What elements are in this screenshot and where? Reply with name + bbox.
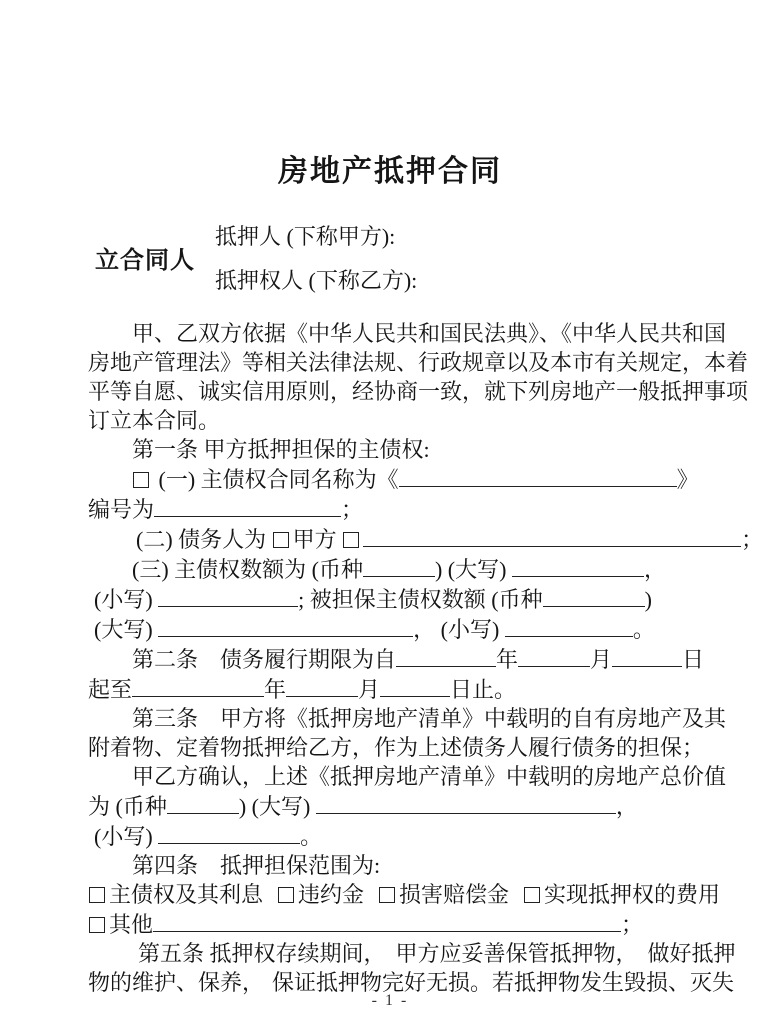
text-run: (三) 主债权数额为 (币种 [132,557,363,582]
text-run: 日 [682,647,704,672]
checkbox-icon[interactable] [524,887,540,903]
contract-line: 第四条 抵押担保范围为: [88,851,694,880]
text-run: 订立本合同。 [88,408,220,433]
contract-line: 平等自愿、诚实信用原则，经协商一致，就下列房地产一般抵押事项 [88,377,694,406]
parties-label: 立合同人 [95,240,195,275]
text-run: ； [621,912,643,937]
text-run: 为 (币种 [88,794,167,819]
spacer [509,901,523,902]
text-run: 第五条 抵押权存续期间， [138,941,386,966]
page-number: - 1 - [0,992,780,1010]
text-run: 年 [496,647,518,672]
blank-field[interactable] [158,821,300,844]
text-run: 编号为 [88,497,154,522]
document-title: 房地产抵押合同 [0,0,780,190]
text-run: 甲方应妥善保管抵押物， [396,941,638,966]
blank-field[interactable] [363,524,741,547]
contract-line: (小写) 。 [88,821,694,851]
party-b-line: 抵押权人 (下称乙方): [215,264,417,295]
text-run: 房地产管理法》等相关法律法规、行政规章以及本市有关规定，本着 [88,350,748,375]
text-run: 做好抵押 [648,941,736,966]
contract-line: 主债权及其利息违约金损害赔偿金实现抵押权的费用 [88,880,694,909]
spacer [264,989,272,990]
text-run: 损害赔偿金 [399,882,509,907]
text-run: 日止。 [450,677,516,702]
text-run: 。 [300,824,322,849]
blank-field[interactable] [399,464,677,487]
text-run: 甲方 [293,527,343,552]
text-run: 第四条 抵押担保范围为: [132,853,380,878]
blank-field[interactable] [132,674,264,697]
contract-line: 第三条 甲方将《抵押房地产清单》中载明的自有房地产及其 [88,704,694,733]
blank-field[interactable] [543,584,645,607]
checkbox-icon[interactable] [379,887,395,903]
blank-field[interactable] [316,791,616,814]
text-run: ， (小写) [413,617,505,642]
contract-line: 其他； [88,909,694,939]
contract-line: 甲、乙双方依据《中华人民共和国民法典》、《中华人民共和国 [88,319,694,348]
blank-field[interactable] [612,644,682,667]
text-run: ) (大写) [239,794,316,819]
checkbox-icon[interactable] [343,532,359,548]
contract-line: 第二条 债务履行期限为自年月日 [88,644,694,674]
text-run: 平等自愿、诚实信用原则，经协商一致，就下列房地产一般抵押事项 [88,379,748,404]
text-run: (大写) [94,617,158,642]
checkbox-icon[interactable] [89,917,105,933]
checkbox-icon[interactable] [278,887,294,903]
blank-field[interactable] [286,674,358,697]
parties-lines: 抵押人 (下称甲方): 抵押权人 (下称乙方): [215,220,417,295]
text-run: (小写) [94,587,158,612]
text-run: 违约金 [298,882,364,907]
blank-field[interactable] [380,674,450,697]
blank-field[interactable] [396,644,496,667]
contract-line: (三) 主债权数额为 (币种) (大写) ， [88,554,694,584]
text-run: 月 [590,647,612,672]
text-run: 实现抵押权的费用 [544,882,720,907]
text-run: 月 [358,677,380,702]
contract-line: 房地产管理法》等相关法律法规、行政规章以及本市有关规定，本着 [88,348,694,377]
spacer [364,901,378,902]
text-run: 第二条 债务履行期限为自 [132,647,396,672]
text-run: 。 [633,617,655,642]
text-run: (二) 债务人为 [136,527,272,552]
text-run: (一) 主债权合同名称为《 [153,467,399,492]
contract-line: (一) 主债权合同名称为《》 [88,464,694,494]
blank-field[interactable] [505,614,633,637]
blank-field[interactable] [153,909,621,932]
blank-field[interactable] [167,791,239,814]
text-run: (小写) [94,824,158,849]
text-run: 附着物、定着物抵押给乙方，作为上述债务人履行债务的担保； [88,735,704,760]
blank-field[interactable] [154,494,341,517]
blank-field[interactable] [512,554,644,577]
blank-field[interactable] [158,614,413,637]
blank-field[interactable] [158,584,298,607]
text-run: ; 被担保主债权数额 (币种 [298,587,542,612]
blank-field[interactable] [518,644,590,667]
text-run: ， [644,557,666,582]
spacer [386,960,396,961]
contract-line: 订立本合同。 [88,406,694,435]
text-run: ， [616,794,638,819]
contract-line: 甲乙方确认，上述《抵押房地产清单》中载明的房地产总价值 [88,762,694,791]
text-run: ； [341,497,363,522]
text-run: 第三条 甲方将《抵押房地产清单》中载明的自有房地产及其 [132,706,726,731]
checkbox-icon[interactable] [133,472,149,488]
checkbox-icon[interactable] [89,887,105,903]
text-run: 第一条 甲方抵押担保的主债权: [132,437,430,462]
contract-line: 第五条 抵押权存续期间，甲方应妥善保管抵押物，做好抵押 [88,939,694,968]
contract-line: 为 (币种) (大写) ， [88,791,694,821]
checkbox-icon[interactable] [273,532,289,548]
text-run: 起至 [88,677,132,702]
contract-line: 附着物、定着物抵押给乙方，作为上述债务人履行债务的担保； [88,733,694,762]
contract-line: (二) 债务人为 甲方 ； [88,524,694,554]
contract-page: 房地产抵押合同 立合同人 抵押人 (下称甲方): 抵押权人 (下称乙方): 甲、… [0,0,780,1030]
text-run: ) (大写) [435,557,512,582]
contract-line: 起至年月日止。 [88,674,694,704]
contract-line: (大写) ， (小写) 。 [88,614,694,644]
text-run: ； [741,527,763,552]
party-a-line: 抵押人 (下称甲方): [215,220,417,251]
text-run: 甲、乙双方依据《中华人民共和国民法典》、《中华人民共和国 [132,321,726,346]
contract-line: 编号为； [88,494,694,524]
text-run: 其他 [109,912,153,937]
contract-body: 甲、乙双方依据《中华人民共和国民法典》、《中华人民共和国房地产管理法》等相关法律… [88,319,694,997]
spacer [263,901,277,902]
contract-line: (小写) ; 被担保主债权数额 (币种) [88,584,694,614]
text-run: 甲乙方确认，上述《抵押房地产清单》中载明的房地产总价值 [132,764,726,789]
text-run: 年 [264,677,286,702]
blank-field[interactable] [363,554,435,577]
text-run: 》 [677,467,699,492]
parties-block: 立合同人 抵押人 (下称甲方): 抵押权人 (下称乙方): [0,220,780,295]
spacer [638,960,648,961]
text-run: ) [645,587,652,612]
contract-line: 第一条 甲方抵押担保的主债权: [88,435,694,464]
text-run: 主债权及其利息 [109,882,263,907]
